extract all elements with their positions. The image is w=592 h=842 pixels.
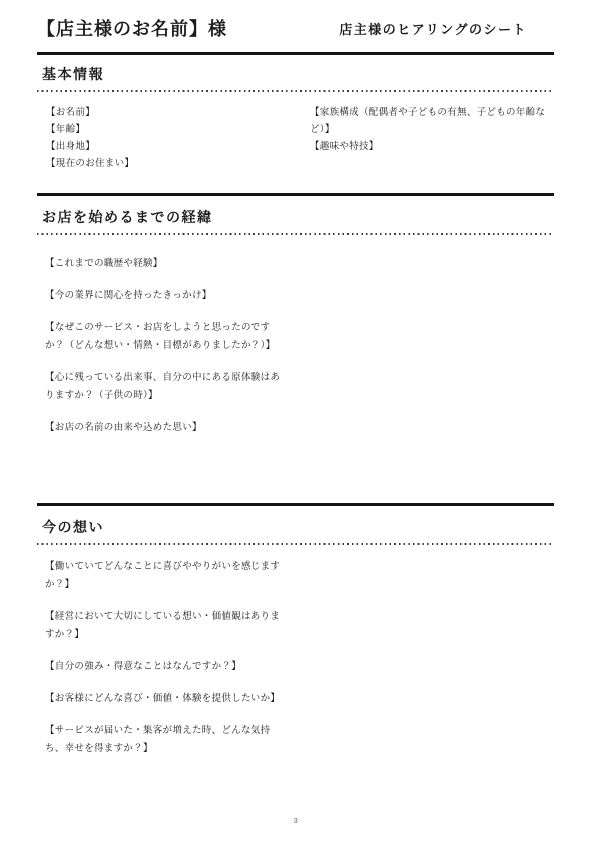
sheet-subtitle: 店主様のヒアリングのシート [339,21,527,41]
current-thoughts-question-list: 【働いていてどんなことに喜びややりがいを感じます か？】【経営において大切にして… [37,558,554,758]
basic-info-field-label: 【趣味や特技】 [310,138,554,155]
question-label: 【お店の名前の由来や込めた思い】 [45,419,325,437]
dotted-divider [37,543,554,545]
question-label: 【働いていてどんなことに喜びややりがいを感じます か？】 [45,558,325,594]
document-header: 【店主様のお名前】様 店主様のヒアリングのシート [37,17,554,41]
dotted-divider [37,90,554,92]
question-label: 【お客様にどんな喜び・価値・体験を提供したいか】 [45,690,325,708]
section-heading-current-thoughts: 今の想い [42,518,554,536]
question-label: 【サービスが届いた・集客が増えた時、どんな気持 ち、幸せを得ますか？】 [45,722,325,758]
question-label: 【経営において大切にしている想い・価値観はありま すか？】 [45,608,325,644]
question-label: 【心に残っている出来事、自分の中にある原体験はあ りますか？（子供の時）】 [45,369,325,405]
history-question-list: 【これまでの職歴や経験】【今の業界に関心を持ったきっかけ】【なぜこのサービス・お… [37,255,554,437]
header-rule [37,52,554,55]
section-heading-basic-info: 基本情報 [42,65,554,83]
basic-info-field-label: 【出身地】 [46,138,310,155]
page-content: 【店主様のお名前】様 店主様のヒアリングのシート 基本情報 【お名前】【年齢】【… [37,0,554,772]
basic-info-field-label: 【家族構成（配偶者や子どもの有無、子どもの年齢な ど）】 [310,104,554,138]
question-label: 【今の業界に関心を持ったきっかけ】 [45,287,325,305]
owner-name-title: 【店主様のお名前】様 [37,17,227,41]
question-label: 【これまでの職歴や経験】 [45,255,325,273]
section-heading-history: お店を始めるまでの経緯 [42,208,554,226]
basic-info-field-label: 【年齢】 [46,121,310,138]
section-history: お店を始めるまでの経緯 【これまでの職歴や経験】【今の業界に関心を持ったきっかけ… [37,208,554,437]
basic-info-field-label: 【現在のお住まい】 [46,155,310,172]
page-number: 3 [0,816,592,825]
document-page: 【店主様のお名前】様 店主様のヒアリングのシート 基本情報 【お名前】【年齢】【… [0,0,592,842]
basic-info-right-list: 【家族構成（配偶者や子どもの有無、子どもの年齢な ど）】【趣味や特技】 [310,104,554,172]
section-rule [37,503,554,506]
section-current-thoughts: 今の想い 【働いていてどんなことに喜びややりがいを感じます か？】【経営において… [37,518,554,758]
basic-info-left-list: 【お名前】【年齢】【出身地】【現在のお住まい】 [46,104,310,172]
question-label: 【なぜこのサービス・お店をしようと思ったのです か？（どんな想い・情熱・目標があ… [45,319,325,355]
dotted-divider [37,233,554,235]
basic-info-columns: 【お名前】【年齢】【出身地】【現在のお住まい】 【家族構成（配偶者や子どもの有無… [37,104,554,172]
section-rule [37,193,554,196]
question-label: 【自分の強み・得意なことはなんですか？】 [45,658,325,676]
section-basic-info: 基本情報 【お名前】【年齢】【出身地】【現在のお住まい】 【家族構成（配偶者や子… [37,65,554,172]
basic-info-field-label: 【お名前】 [46,104,310,121]
